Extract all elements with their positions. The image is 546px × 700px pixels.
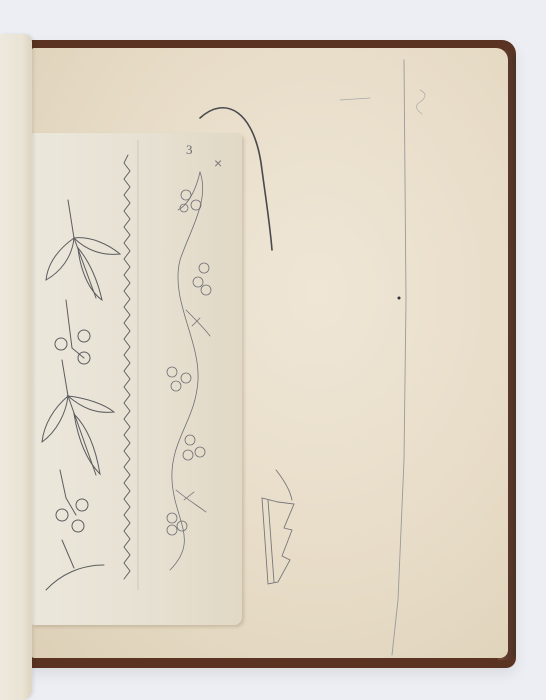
pencil-drawings: 3 × — [0, 0, 546, 700]
leaf-sprig-2 — [42, 360, 114, 590]
zigzag-line — [124, 155, 130, 579]
arc-stroke — [200, 108, 272, 250]
vertical-guide-line — [392, 60, 406, 655]
leaf-sprig-1 — [46, 200, 120, 364]
insert-number: 3 — [186, 142, 193, 157]
vine-border — [167, 172, 211, 570]
crown-sketch — [262, 470, 294, 584]
insert-mark: × — [214, 155, 222, 171]
